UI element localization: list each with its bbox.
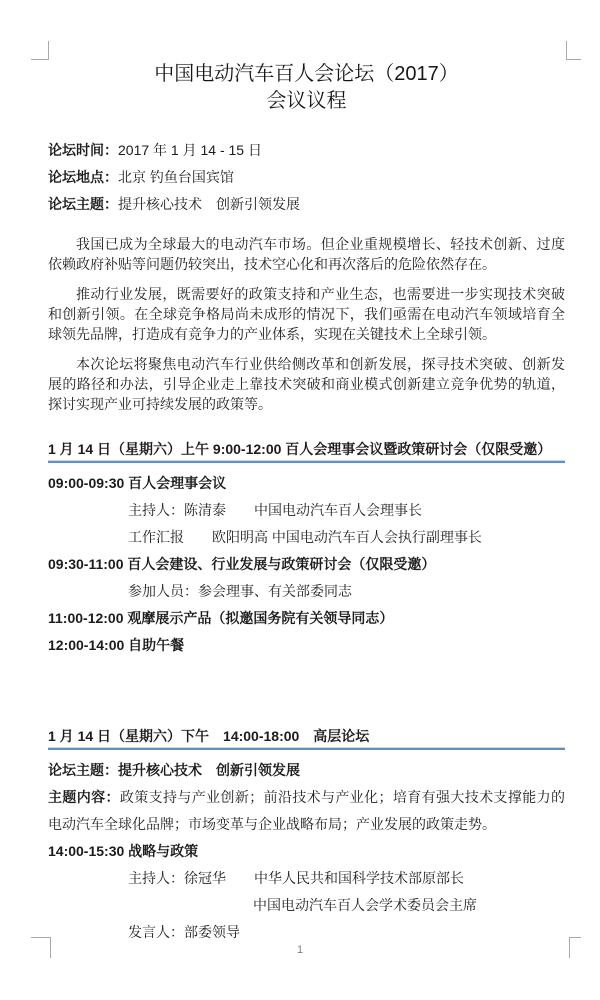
session-morning-rule [48, 460, 565, 463]
document-title-line1: 中国电动汽车百人会论坛（2017） [48, 61, 565, 88]
agenda-row: 发言人：部委领导 [48, 919, 565, 946]
session-morning-rows: 09:00-09:30 百人会理事会议 主持人：陈清泰 中国电动汽车百人会理事长… [48, 470, 565, 659]
document-title: 中国电动汽车百人会论坛（2017） 会议议程 [48, 61, 565, 115]
agenda-row: 中国电动汽车百人会学术委员会主席 [48, 892, 565, 919]
intro-paragraph-3: 本次论坛将聚焦电动汽车行业供给侧改革和创新发展，探寻技术突破、创新发展的路径和办… [48, 354, 565, 414]
intro-section: 我国已成为全球最大的电动汽车市场。但企业重规模增长、轻技术创新、过度依赖政府补贴… [48, 234, 565, 414]
agenda-row: 主持人：陈清泰 中国电动汽车百人会理事长 [48, 497, 565, 524]
intro-paragraph-1: 我国已成为全球最大的电动汽车市场。但企业重规模增长、轻技术创新、过度依赖政府补贴… [48, 234, 565, 274]
session-afternoon-rows: 论坛主题：提升核心技术 创新引领发展 主题内容：政策支持与产业创新；前沿技术与产… [48, 757, 565, 946]
afternoon-theme-label: 论坛主题： [48, 762, 118, 778]
agenda-row: 09:00-09:30 百人会理事会议 [48, 470, 565, 497]
page-content: 中国电动汽车百人会论坛（2017） 会议议程 论坛时间：2017 年 1 月 1… [48, 59, 565, 946]
document-title-line2: 会议议程 [48, 88, 565, 115]
agenda-row: 参加人员：参会理事、有关部委同志 [48, 578, 565, 605]
crop-mark-top-left-icon [31, 41, 49, 60]
forum-meta: 论坛时间：2017 年 1 月 14 - 15 日 论坛地点：北京 钓鱼台国宾馆… [48, 137, 565, 218]
meta-label-time: 论坛时间： [48, 142, 118, 158]
afternoon-content-row: 主题内容：政策支持与产业创新；前沿技术与产业化；培育有强大技术支撑能力的电动汽车… [48, 784, 565, 838]
intro-paragraph-2: 推动行业发展，既需要好的政策支持和产业生态，也需要进一步实现技术突破和创新引领。… [48, 284, 565, 344]
agenda-row: 09:30-11:00 百人会建设、行业发展与政策研讨会（仅限受邀） [48, 551, 565, 578]
afternoon-content-value: 政策支持与产业创新；前沿技术与产业化；培育有强大技术支撑能力的电动汽车全球化品牌… [48, 789, 565, 832]
meta-row-location: 论坛地点：北京 钓鱼台国宾馆 [48, 164, 565, 191]
agenda-row: 11:00-12:00 观摩展示产品（拟邀国务院有关领导同志） [48, 605, 565, 632]
session-morning: 1 月 14 日（星期六）上午 9:00-12:00 百人会理事会议暨政策研讨会… [48, 440, 565, 659]
meta-row-time: 论坛时间：2017 年 1 月 14 - 15 日 [48, 137, 565, 164]
agenda-row: 工作汇报 欧阳明高 中国电动汽车百人会执行副理事长 [48, 524, 565, 551]
afternoon-content-label: 主题内容： [48, 789, 120, 805]
agenda-row: 14:00-15:30 战略与政策 [48, 838, 565, 865]
crop-mark-top-right-icon [566, 41, 581, 60]
afternoon-theme-value: 提升核心技术 创新引领发展 [118, 762, 300, 778]
meta-value-theme: 提升核心技术 创新引领发展 [118, 196, 300, 212]
session-morning-header: 1 月 14 日（星期六）上午 9:00-12:00 百人会理事会议暨政策研讨会… [48, 440, 565, 458]
meta-row-theme: 论坛主题：提升核心技术 创新引领发展 [48, 191, 565, 218]
session-afternoon-header: 1 月 14 日（星期六）下午 14:00-18:00 高层论坛 [48, 727, 565, 745]
afternoon-theme-row: 论坛主题：提升核心技术 创新引领发展 [48, 757, 565, 784]
page-number: 1 [0, 944, 600, 956]
meta-value-time: 2017 年 1 月 14 - 15 日 [118, 142, 262, 158]
document-page: 中国电动汽车百人会论坛（2017） 会议议程 论坛时间：2017 年 1 月 1… [0, 0, 600, 1000]
agenda-row: 主持人：徐冠华 中华人民共和国科学技术部原部长 [48, 865, 565, 892]
meta-value-location: 北京 钓鱼台国宾馆 [118, 169, 234, 185]
session-afternoon-rule [48, 747, 565, 750]
meta-label-location: 论坛地点： [48, 169, 118, 185]
meta-label-theme: 论坛主题： [48, 196, 118, 212]
session-afternoon: 1 月 14 日（星期六）下午 14:00-18:00 高层论坛 论坛主题：提升… [48, 727, 565, 946]
agenda-row: 12:00-14:00 自助午餐 [48, 632, 565, 659]
